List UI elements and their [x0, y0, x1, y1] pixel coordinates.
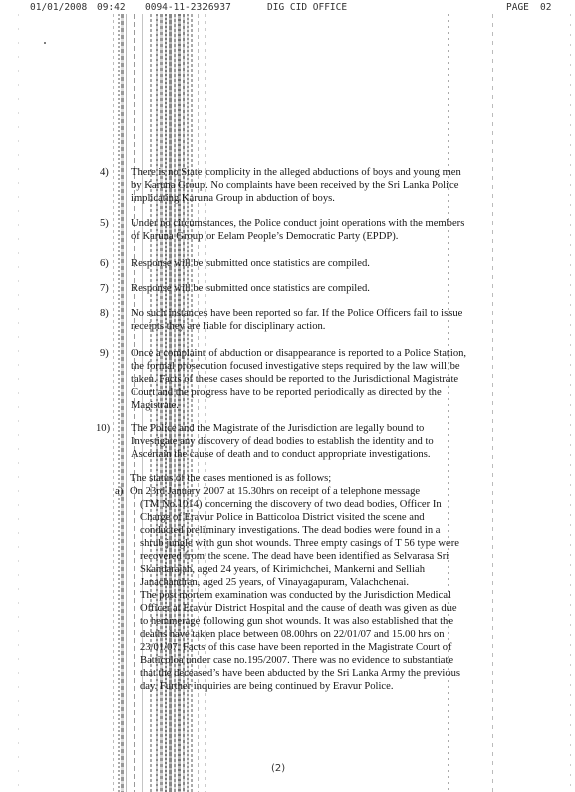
text-line: taken. Facts of these cases should be re…	[131, 373, 471, 386]
text-line: Response will be submitted once statisti…	[131, 282, 471, 295]
page-number-mark: (2)	[271, 762, 285, 775]
text-line: Ascertain the cause of death and to cond…	[131, 448, 471, 461]
text-line: implicating Karuna Group in abduction of…	[131, 192, 471, 205]
item-number: 9)	[100, 347, 124, 360]
item-number: 6)	[100, 257, 124, 270]
text-line: On 23rd January 2007 at 15.30hrs on rece…	[130, 485, 490, 498]
case-label: a)	[115, 485, 123, 498]
text-line: conducted preliminary investigations. Th…	[130, 524, 490, 537]
text-line: by Karuna Group. No complaints have been…	[131, 179, 471, 192]
text-line: Once a complaint of abduction or disappe…	[131, 347, 471, 360]
text-line: Skandarajah, aged 24 years, of Kirimichc…	[130, 563, 490, 576]
text-line: Response will be submitted once statisti…	[131, 257, 471, 270]
text-line: Court and the progress have to be report…	[131, 386, 471, 399]
text-line: shrub jungle with gun shot wounds. Three…	[130, 537, 490, 550]
text-line: deaths have taken place between 08.00hrs…	[130, 628, 490, 641]
status-intro: The status of the cases mentioned is as …	[130, 472, 470, 485]
text-line: Officer at Eravur District Hospital and …	[130, 602, 490, 615]
item-number: 5)	[100, 217, 124, 230]
item-number: 10)	[96, 422, 120, 435]
text-line: Magistrate.	[131, 399, 471, 412]
text-line: Charge of Eravur Police in Batticoloa Di…	[130, 511, 490, 524]
text-line: Investigate any discovery of dead bodies…	[131, 435, 471, 448]
text-line: the formal prosecution focused investiga…	[131, 360, 471, 373]
text-line: There is no State complicity in the alle…	[131, 166, 471, 179]
text-line: 23/01/07. Facts of this case have been r…	[130, 641, 490, 654]
document-page: 4) There is no State complicity in the a…	[0, 0, 575, 792]
item-number: 7)	[100, 282, 124, 295]
text-line: Under no circumstances, the Police condu…	[131, 217, 471, 230]
item-number: 8)	[100, 307, 124, 320]
text-line: to hemmerage following gun shot wounds. …	[130, 615, 490, 628]
text-line: The Police and the Magistrate of the Jur…	[131, 422, 471, 435]
text-line: of Karuna Group or Eelam People’s Democr…	[131, 230, 471, 243]
text-line: day. Further inquiries are being continu…	[130, 680, 490, 693]
text-line: No such instances have been reported so …	[131, 307, 471, 320]
text-line: receipts they are liable for disciplinar…	[131, 320, 471, 333]
text-line: The post mortem examination was conducte…	[130, 589, 490, 602]
text-line: (TM No.1014) concerning the discovery of…	[130, 498, 490, 511]
text-line: that the deceased’s have been abducted b…	[130, 667, 490, 680]
text-line: recovered from the scene. The dead have …	[130, 550, 490, 563]
item-number: 4)	[100, 166, 124, 179]
text-line: Janachandran, aged 25 years, of Vinayaga…	[130, 576, 490, 589]
text-line: Batticoloa under case no.195/2007. There…	[130, 654, 490, 667]
